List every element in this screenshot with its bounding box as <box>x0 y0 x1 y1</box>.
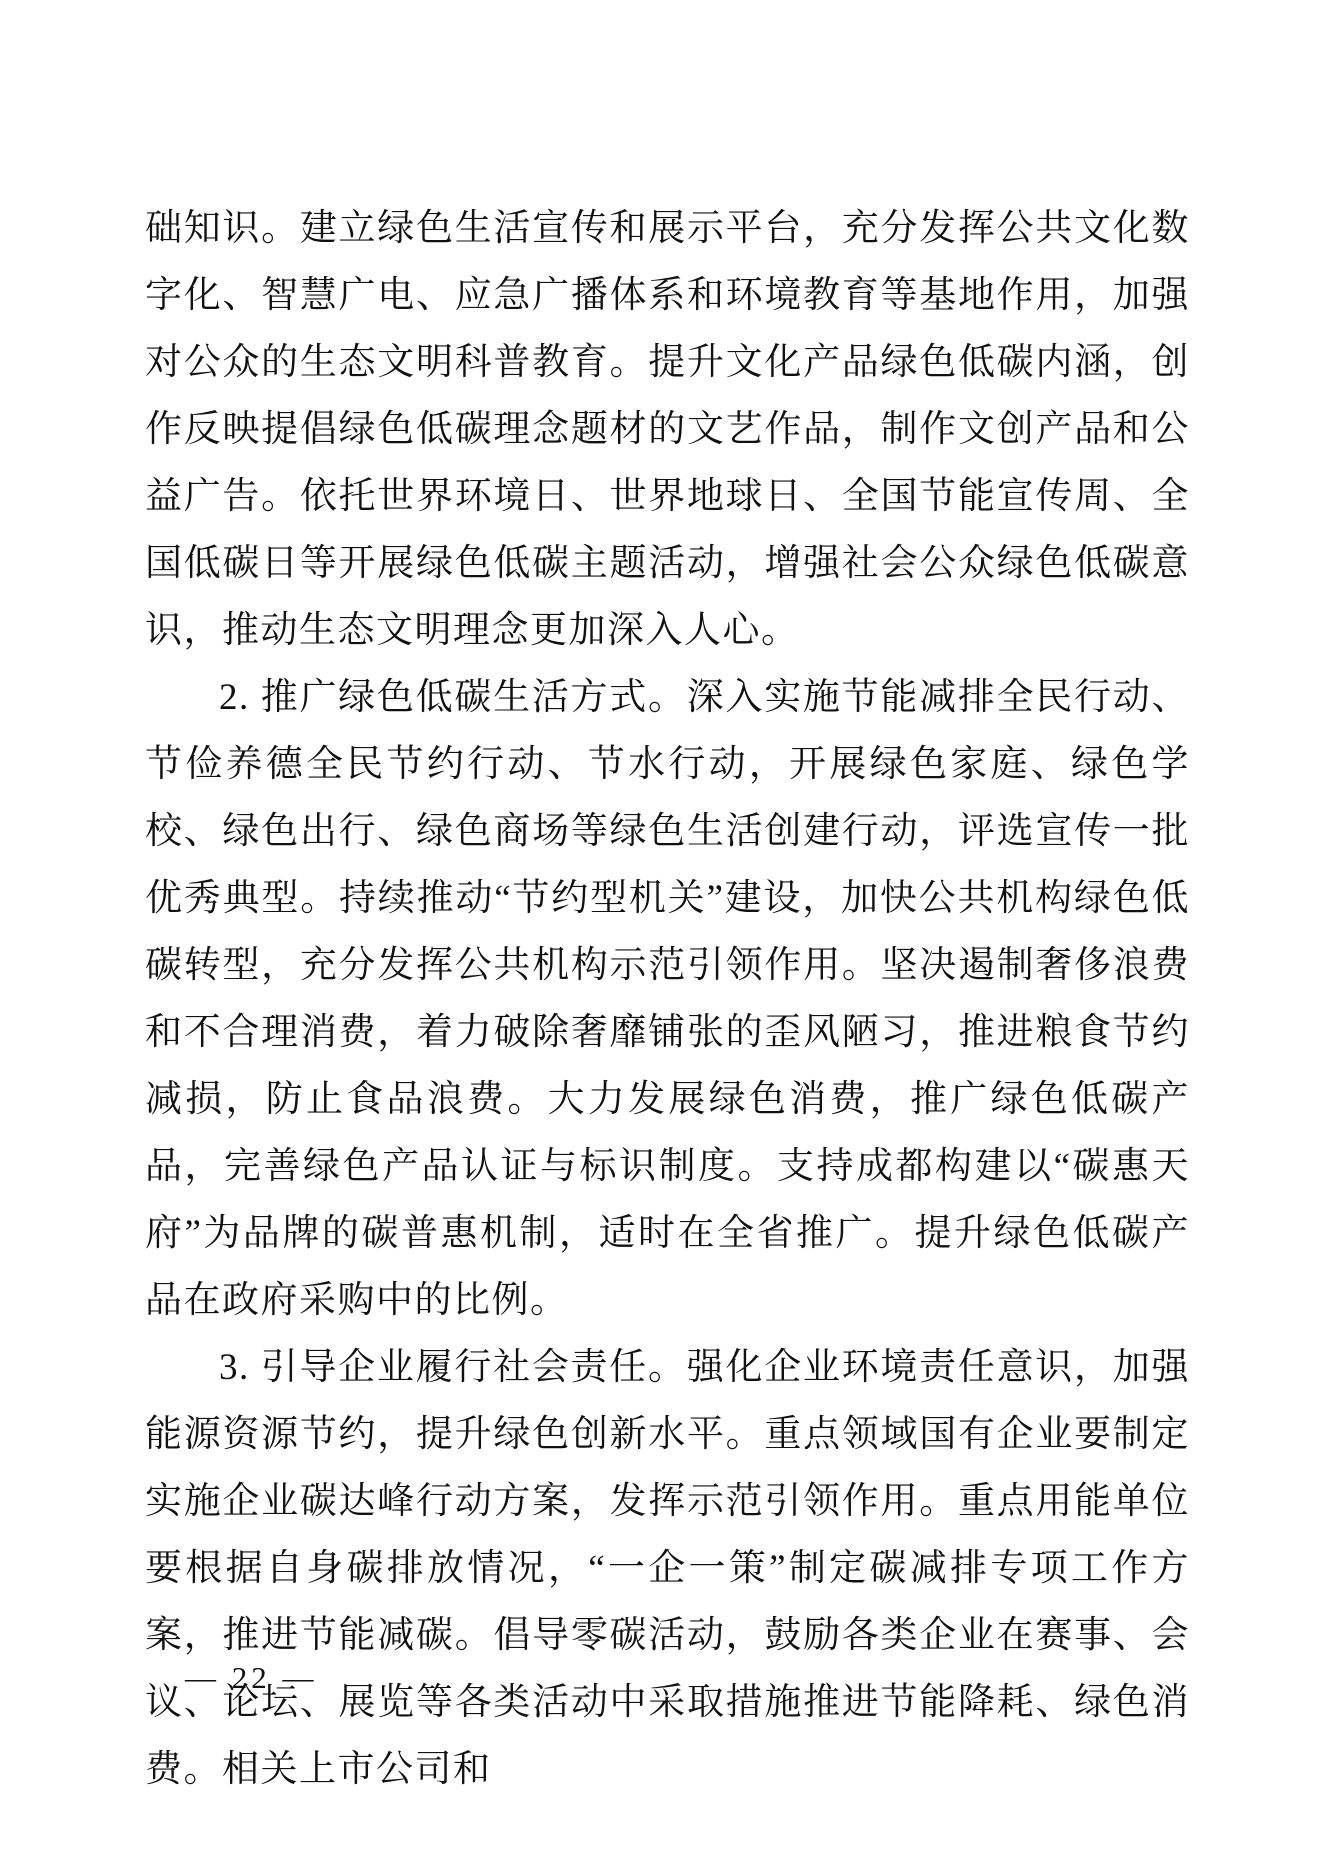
document-body: 础知识。建立绿色生活宣传和展示平台，充分发挥公共文化数字化、智慧广电、应急广播体… <box>145 195 1190 1803</box>
paragraph-item-2: 2. 推广绿色低碳生活方式。深入实施节能减排全民行动、节俭养德全民节约行动、节水… <box>145 664 1190 1334</box>
document-page: 础知识。建立绿色生活宣传和展示平台，充分发挥公共文化数字化、智慧广电、应急广播体… <box>0 0 1323 1871</box>
page-footer: — 22 — <box>185 1658 318 1698</box>
paragraph-item-3: 3. 引导企业履行社会责任。强化企业环境责任意识，加强能源资源节约，提升绿色创新… <box>145 1334 1190 1803</box>
page-number: — 22 — <box>185 1660 318 1695</box>
paragraph-continuation: 础知识。建立绿色生活宣传和展示平台，充分发挥公共文化数字化、智慧广电、应急广播体… <box>145 195 1190 664</box>
